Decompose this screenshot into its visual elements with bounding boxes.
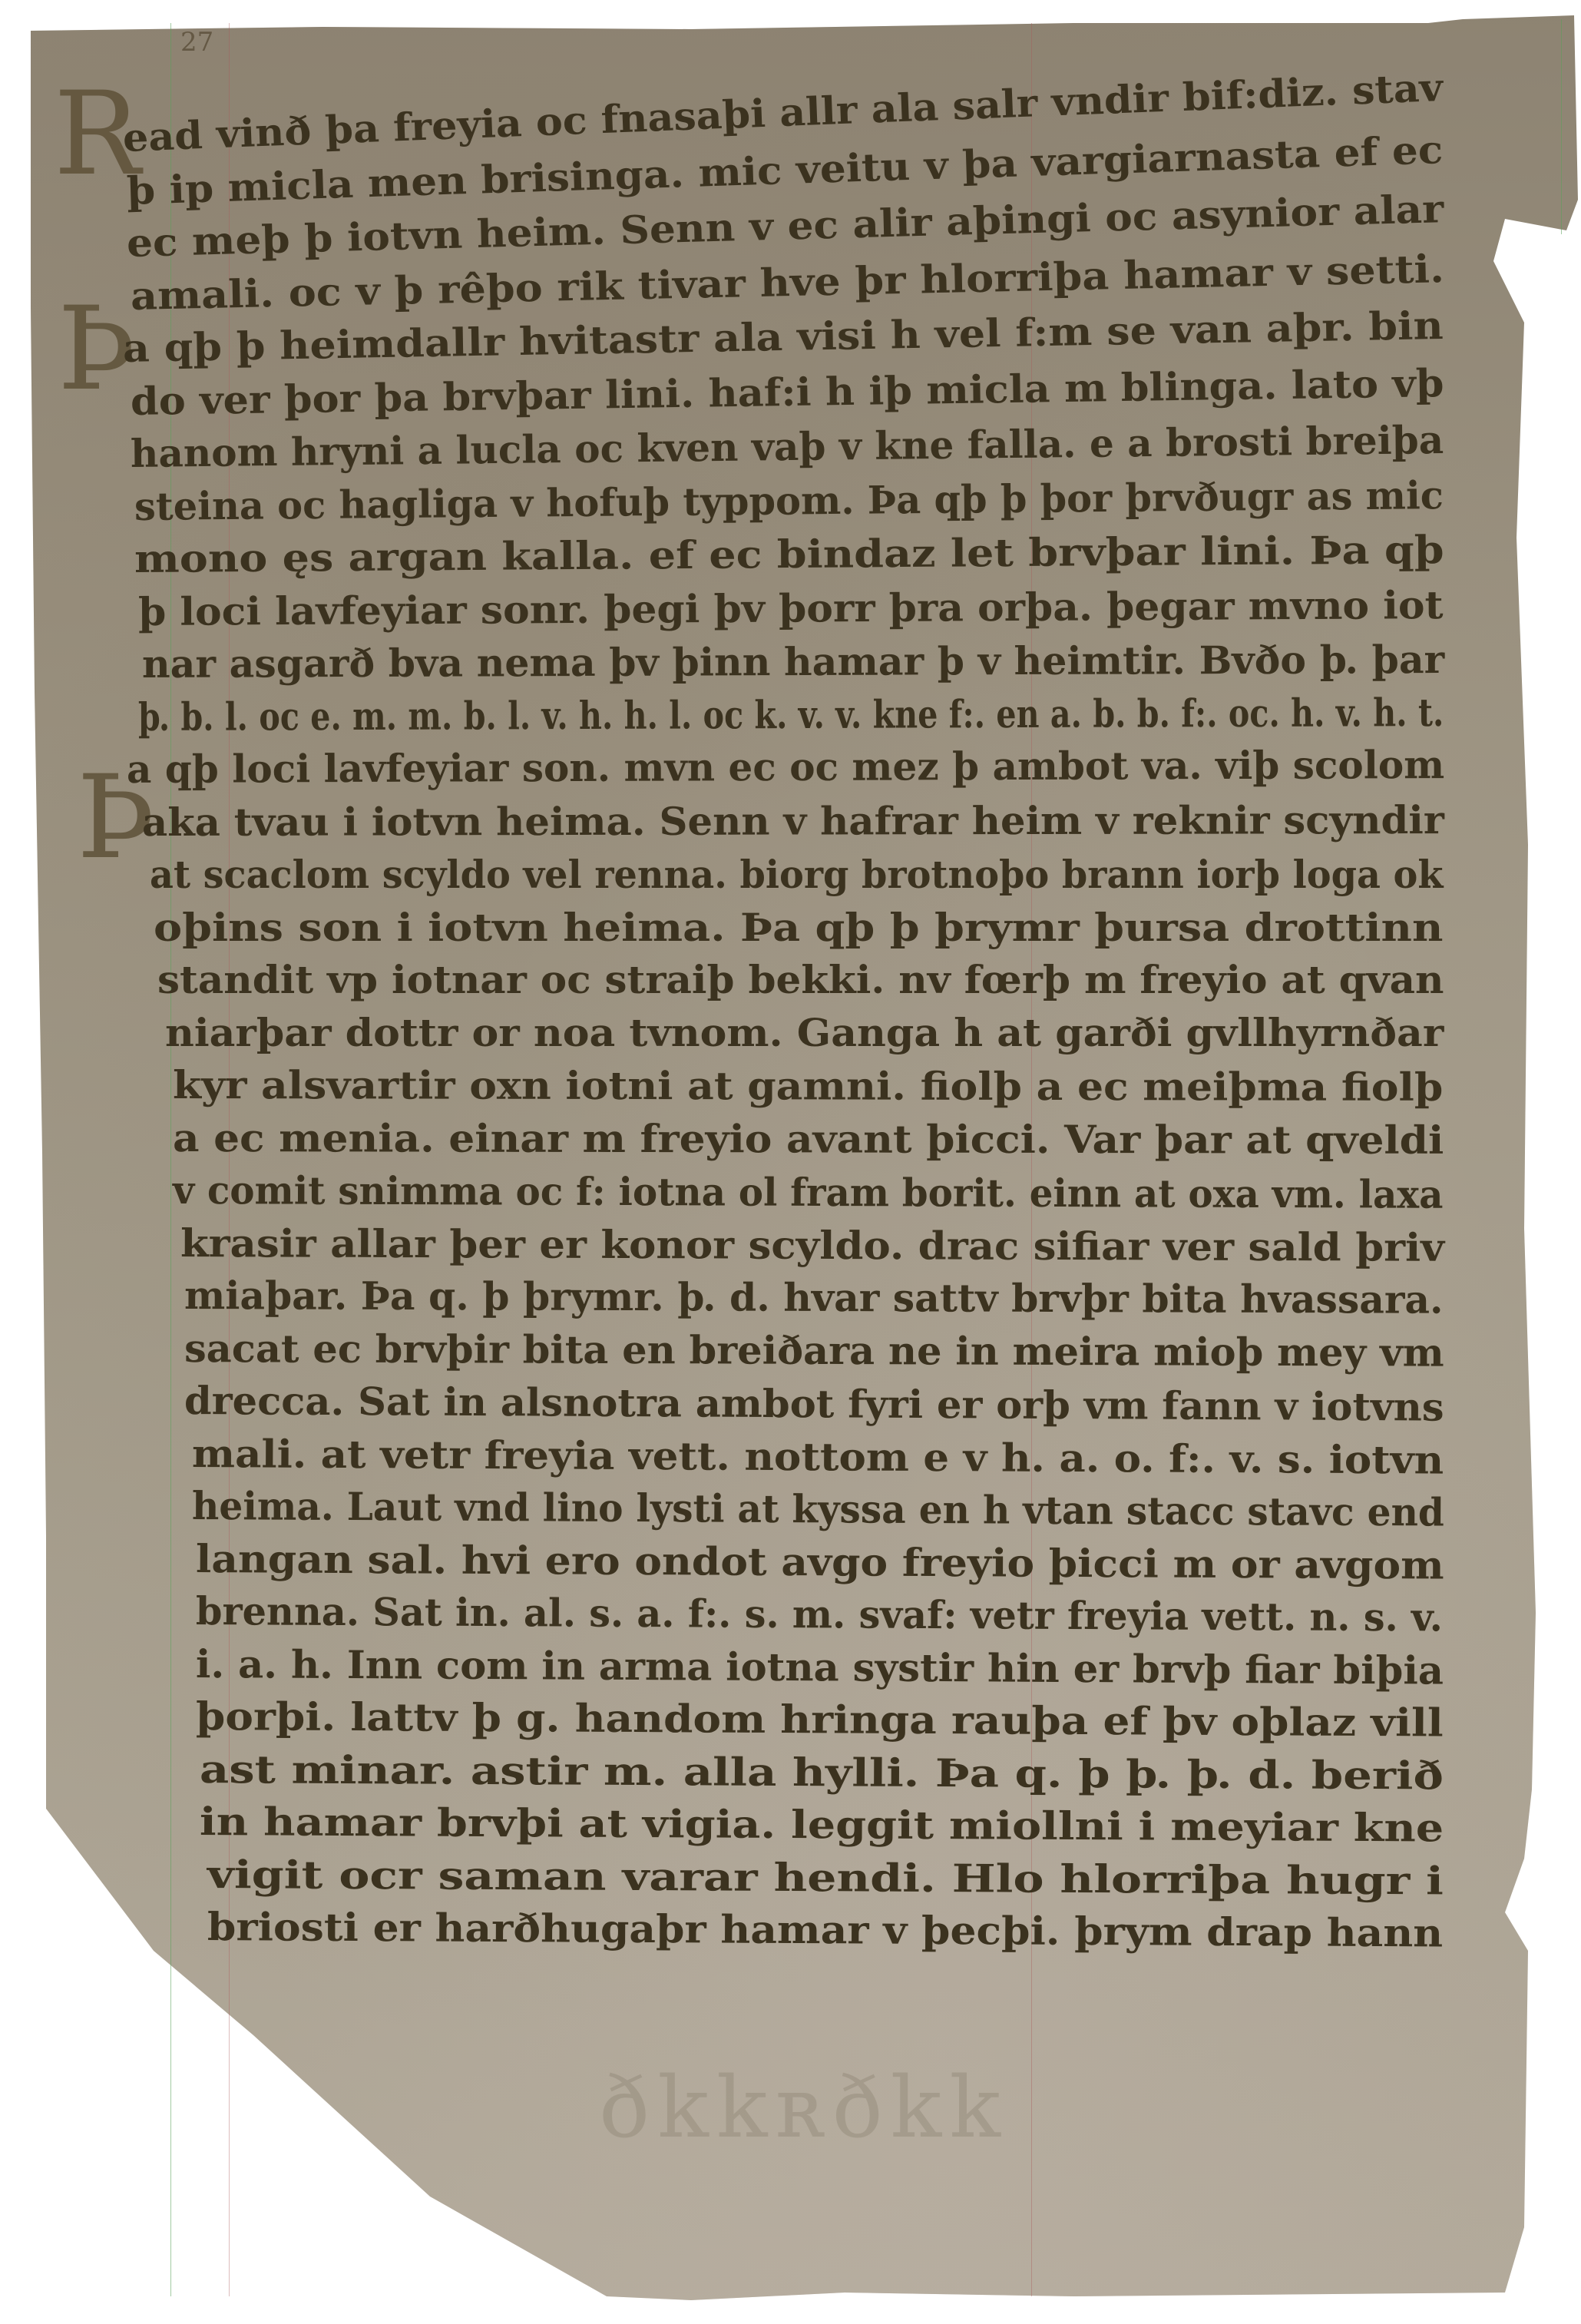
- manuscript-line: drecca. Sat in alsnotra ambot fyri er or…: [184, 1378, 1444, 1430]
- manuscript-line: kyr alsvartir oxn iotni at gamni. fiolþ …: [173, 1062, 1443, 1110]
- manuscript-line: aka tvau i iotvn heima. Senn v hafrar he…: [142, 797, 1444, 845]
- ruling-line: [1561, 19, 1562, 234]
- manuscript-line: nar asgarð bva nema þv þinn hamar þ v he…: [142, 637, 1444, 687]
- faint-offset-text: ðkkʀðkk: [599, 2058, 1008, 2157]
- manuscript-line: mono ęs argan kalla. ef ec bindaz let br…: [134, 527, 1444, 581]
- manuscript-line: vigit ocr saman varar hendi. Hlo hlorriþ…: [207, 1852, 1444, 1903]
- manuscript-line: a ec menia. einar m freyio avant þicci. …: [173, 1115, 1444, 1163]
- manuscript-line: sacat ec brvþir bita en breiðara ne in m…: [184, 1326, 1444, 1376]
- manuscript-line: in hamar brvþi at vigia. leggit miollni …: [200, 1799, 1444, 1850]
- manuscript-line: at scaclom scyldo vel renna. biorg brotn…: [150, 852, 1443, 897]
- manuscript-line: mali. at vetr freyia vett. nottom e v h.…: [192, 1431, 1444, 1483]
- manuscript-line: v comit snimma oc f: iotna ol fram borit…: [173, 1167, 1444, 1217]
- manuscript-line: i. a. h. Inn com in arma iotna systir hi…: [196, 1641, 1444, 1693]
- manuscript-line: ast minar. astir m. alla hylli. Þa q. þ …: [200, 1746, 1444, 1798]
- manuscript-line: standit vp iotnar oc straiþ bekki. nv fœ…: [157, 957, 1444, 1002]
- manuscript-line: heima. Laut vnd lino lysti at kyssa en h…: [192, 1483, 1444, 1535]
- manuscript-line: miaþar. Þa q. þ þrymr. þ. d. hvar sattv …: [184, 1273, 1444, 1323]
- manuscript-line: þorþi. lattv þ g. handom hringa rauþa ef…: [196, 1693, 1444, 1746]
- manuscript-line: niarþar dottr or noa tvnom. Ganga h at g…: [165, 1010, 1444, 1055]
- manuscript-line: þ loci lavfeyiar sonr. þegi þv þorr þra …: [138, 582, 1444, 634]
- manuscript-line: krasir allar þer er konor scyldo. drac s…: [180, 1220, 1444, 1270]
- manuscript-line: a qþ loci lavfeyiar son. mvn ec oc mez þ…: [127, 742, 1444, 792]
- manuscript-line: brenna. Sat in. al. s. a. f:. s. m. svaf…: [196, 1588, 1443, 1640]
- manuscript-line: langan sal. hvi ero ondot avgo freyio þi…: [196, 1536, 1444, 1588]
- manuscript-line: þ. b. l. oc e. m. m. b. l. v. h. h. l. o…: [138, 690, 1444, 740]
- folio-number: 27: [180, 27, 213, 58]
- manuscript-line: briosti er harðhugaþr hamar v þecþi. þry…: [207, 1904, 1443, 1955]
- manuscript-line: oþins son i iotvn heima. Þa qþ þ þrymr þ…: [154, 905, 1443, 950]
